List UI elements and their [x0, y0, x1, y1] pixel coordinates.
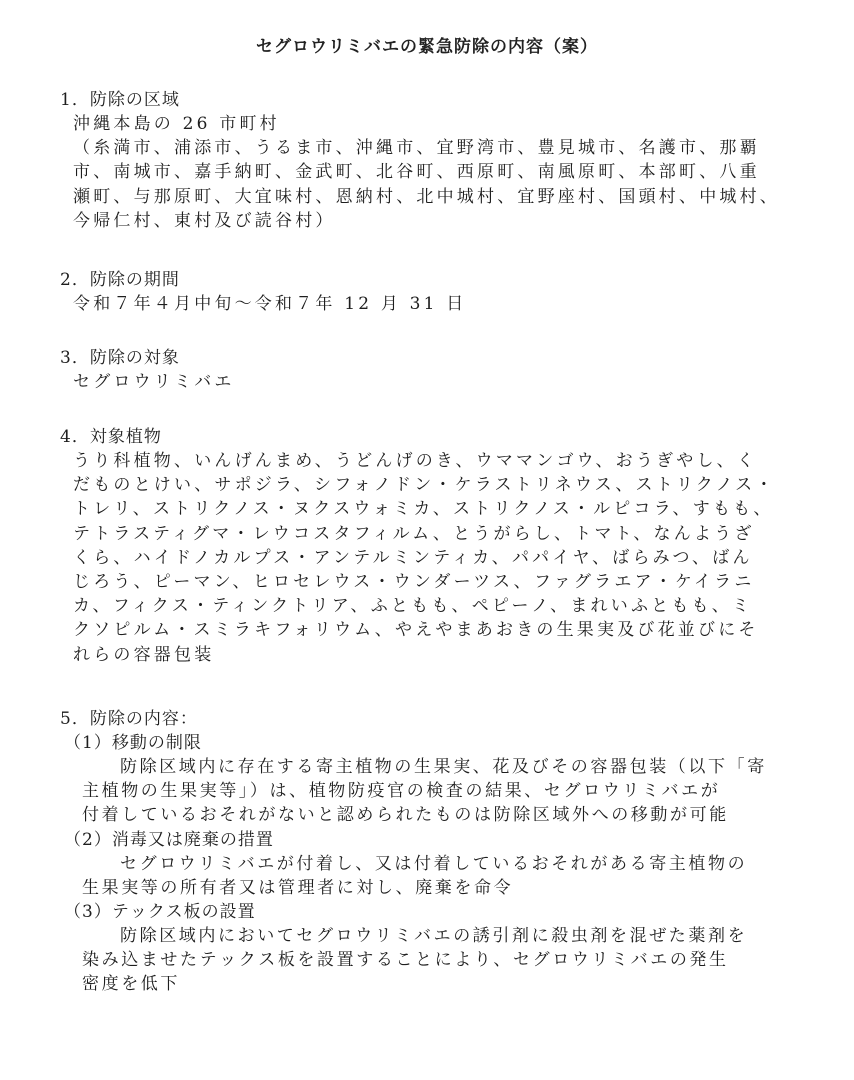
- section-heading-area: 1．防除の区域: [60, 88, 800, 112]
- section-period: 2．防除の期間 令和７年４月中旬～令和７年 12 月 31 日: [60, 268, 800, 316]
- body-line: クソピルム・スミラキフォリウム、やえやまあおきの生果実及び花並びにそ: [73, 618, 800, 642]
- section-heading-target: 3．防除の対象: [60, 346, 800, 370]
- body-line: セグロウリミバエが付着し、又は付着しているおそれがある寄主植物の: [82, 852, 800, 876]
- body-line: 防除区域内においてセグロウリミバエの誘引剤に殺虫剤を混ぜた薬剤を: [82, 924, 800, 948]
- body-line: 密度を低下: [82, 972, 800, 996]
- body-line: 染み込ませたテックス板を設置することにより、セグロウリミバエの発生: [82, 948, 800, 972]
- section-heading-measures: 5．防除の内容：: [60, 707, 800, 731]
- document-title: セグロウリミバエの緊急防除の内容（案）: [0, 32, 854, 57]
- body-line: 主植物の生果実等」）は、植物防疫官の検査の結果、セグロウリミバエが: [82, 779, 800, 803]
- body-line: カ、フィクス・ティンクトリア、ふともも、ペピーノ、まれいふともも、ミ: [73, 594, 800, 618]
- section-measures: 5．防除の内容： （1）移動の制限 防除区域内に存在する寄主植物の生果実、花及び…: [60, 707, 800, 997]
- body-line: 防除区域内に存在する寄主植物の生果実、花及びその容器包装（以下「寄: [82, 755, 800, 779]
- section-body-period: 令和７年４月中旬～令和７年 12 月 31 日: [60, 292, 800, 316]
- body-line: トレリ、ストリクノス・ヌクスウォミカ、ストリクノス・ルピコラ、すもも、: [73, 497, 800, 521]
- body-line: 付着しているおそれがないと認められたものは防除区域外への移動が可能: [82, 803, 800, 827]
- section-heading-period: 2．防除の期間: [60, 268, 800, 292]
- subsection-heading-disposal: （2）消毒又は廃棄の措置: [64, 828, 800, 852]
- subsection-body-movement: 防除区域内に存在する寄主植物の生果実、花及びその容器包装（以下「寄 主植物の生果…: [60, 755, 800, 828]
- body-line: （糸満市、浦添市、うるま市、沖縄市、宜野湾市、豊見城市、名護市、那覇: [73, 136, 800, 160]
- body-line: じろう、ピーマン、ヒロセレウス・ウンダーツス、ファグラエア・ケイラニ: [73, 570, 800, 594]
- body-line: 瀬町、与那原町、大宜味村、恩納村、北中城村、宜野座村、国頭村、中城村、: [73, 185, 800, 209]
- body-line: うり科植物、いんげんまめ、うどんげのき、ウママンゴウ、おうぎやし、く: [73, 449, 800, 473]
- body-line: 生果実等の所有者又は管理者に対し、廃棄を命令: [82, 876, 800, 900]
- body-line: テトラスティグマ・レウコスタフィルム、とうがらし、トマト、なんようざ: [73, 522, 800, 546]
- body-line: れらの容器包装: [73, 643, 800, 667]
- subsection-body-tex-board: 防除区域内においてセグロウリミバエの誘引剤に殺虫剤を混ぜた薬剤を 染み込ませたテ…: [60, 924, 800, 997]
- body-line: セグロウリミバエ: [73, 370, 800, 394]
- section-heading-plants: 4．対象植物: [60, 425, 800, 449]
- subsection-body-disposal: セグロウリミバエが付着し、又は付着しているおそれがある寄主植物の 生果実等の所有…: [60, 852, 800, 900]
- section-body-plants: うり科植物、いんげんまめ、うどんげのき、ウママンゴウ、おうぎやし、く だものとけ…: [60, 449, 800, 667]
- section-target: 3．防除の対象 セグロウリミバエ: [60, 346, 800, 394]
- subsection-heading-movement: （1）移動の制限: [64, 731, 800, 755]
- body-line: 今帰仁村、東村及び読谷村）: [73, 209, 800, 233]
- body-line: 沖縄本島の 26 市町村: [73, 112, 800, 136]
- section-area: 1．防除の区域 沖縄本島の 26 市町村 （糸満市、浦添市、うるま市、沖縄市、宜…: [60, 88, 800, 233]
- body-line: だものとけい、サポジラ、シフォノドン・ケラストリネウス、ストリクノス・: [73, 473, 800, 497]
- section-body-area: 沖縄本島の 26 市町村 （糸満市、浦添市、うるま市、沖縄市、宜野湾市、豊見城市…: [60, 112, 800, 233]
- subsection-heading-tex-board: （3）テックス板の設置: [64, 900, 800, 924]
- body-line: 市、南城市、嘉手納町、金武町、北谷町、西原町、南風原町、本部町、八重: [73, 160, 800, 184]
- section-plants: 4．対象植物 うり科植物、いんげんまめ、うどんげのき、ウママンゴウ、おうぎやし、…: [60, 425, 800, 667]
- body-line: 令和７年４月中旬～令和７年 12 月 31 日: [73, 292, 800, 316]
- document-page: セグロウリミバエの緊急防除の内容（案） 1．防除の区域 沖縄本島の 26 市町村…: [0, 0, 854, 1080]
- section-body-target: セグロウリミバエ: [60, 370, 800, 394]
- body-line: くら、ハイドノカルプス・アンテルミンティカ、パパイヤ、ばらみつ、ばん: [73, 546, 800, 570]
